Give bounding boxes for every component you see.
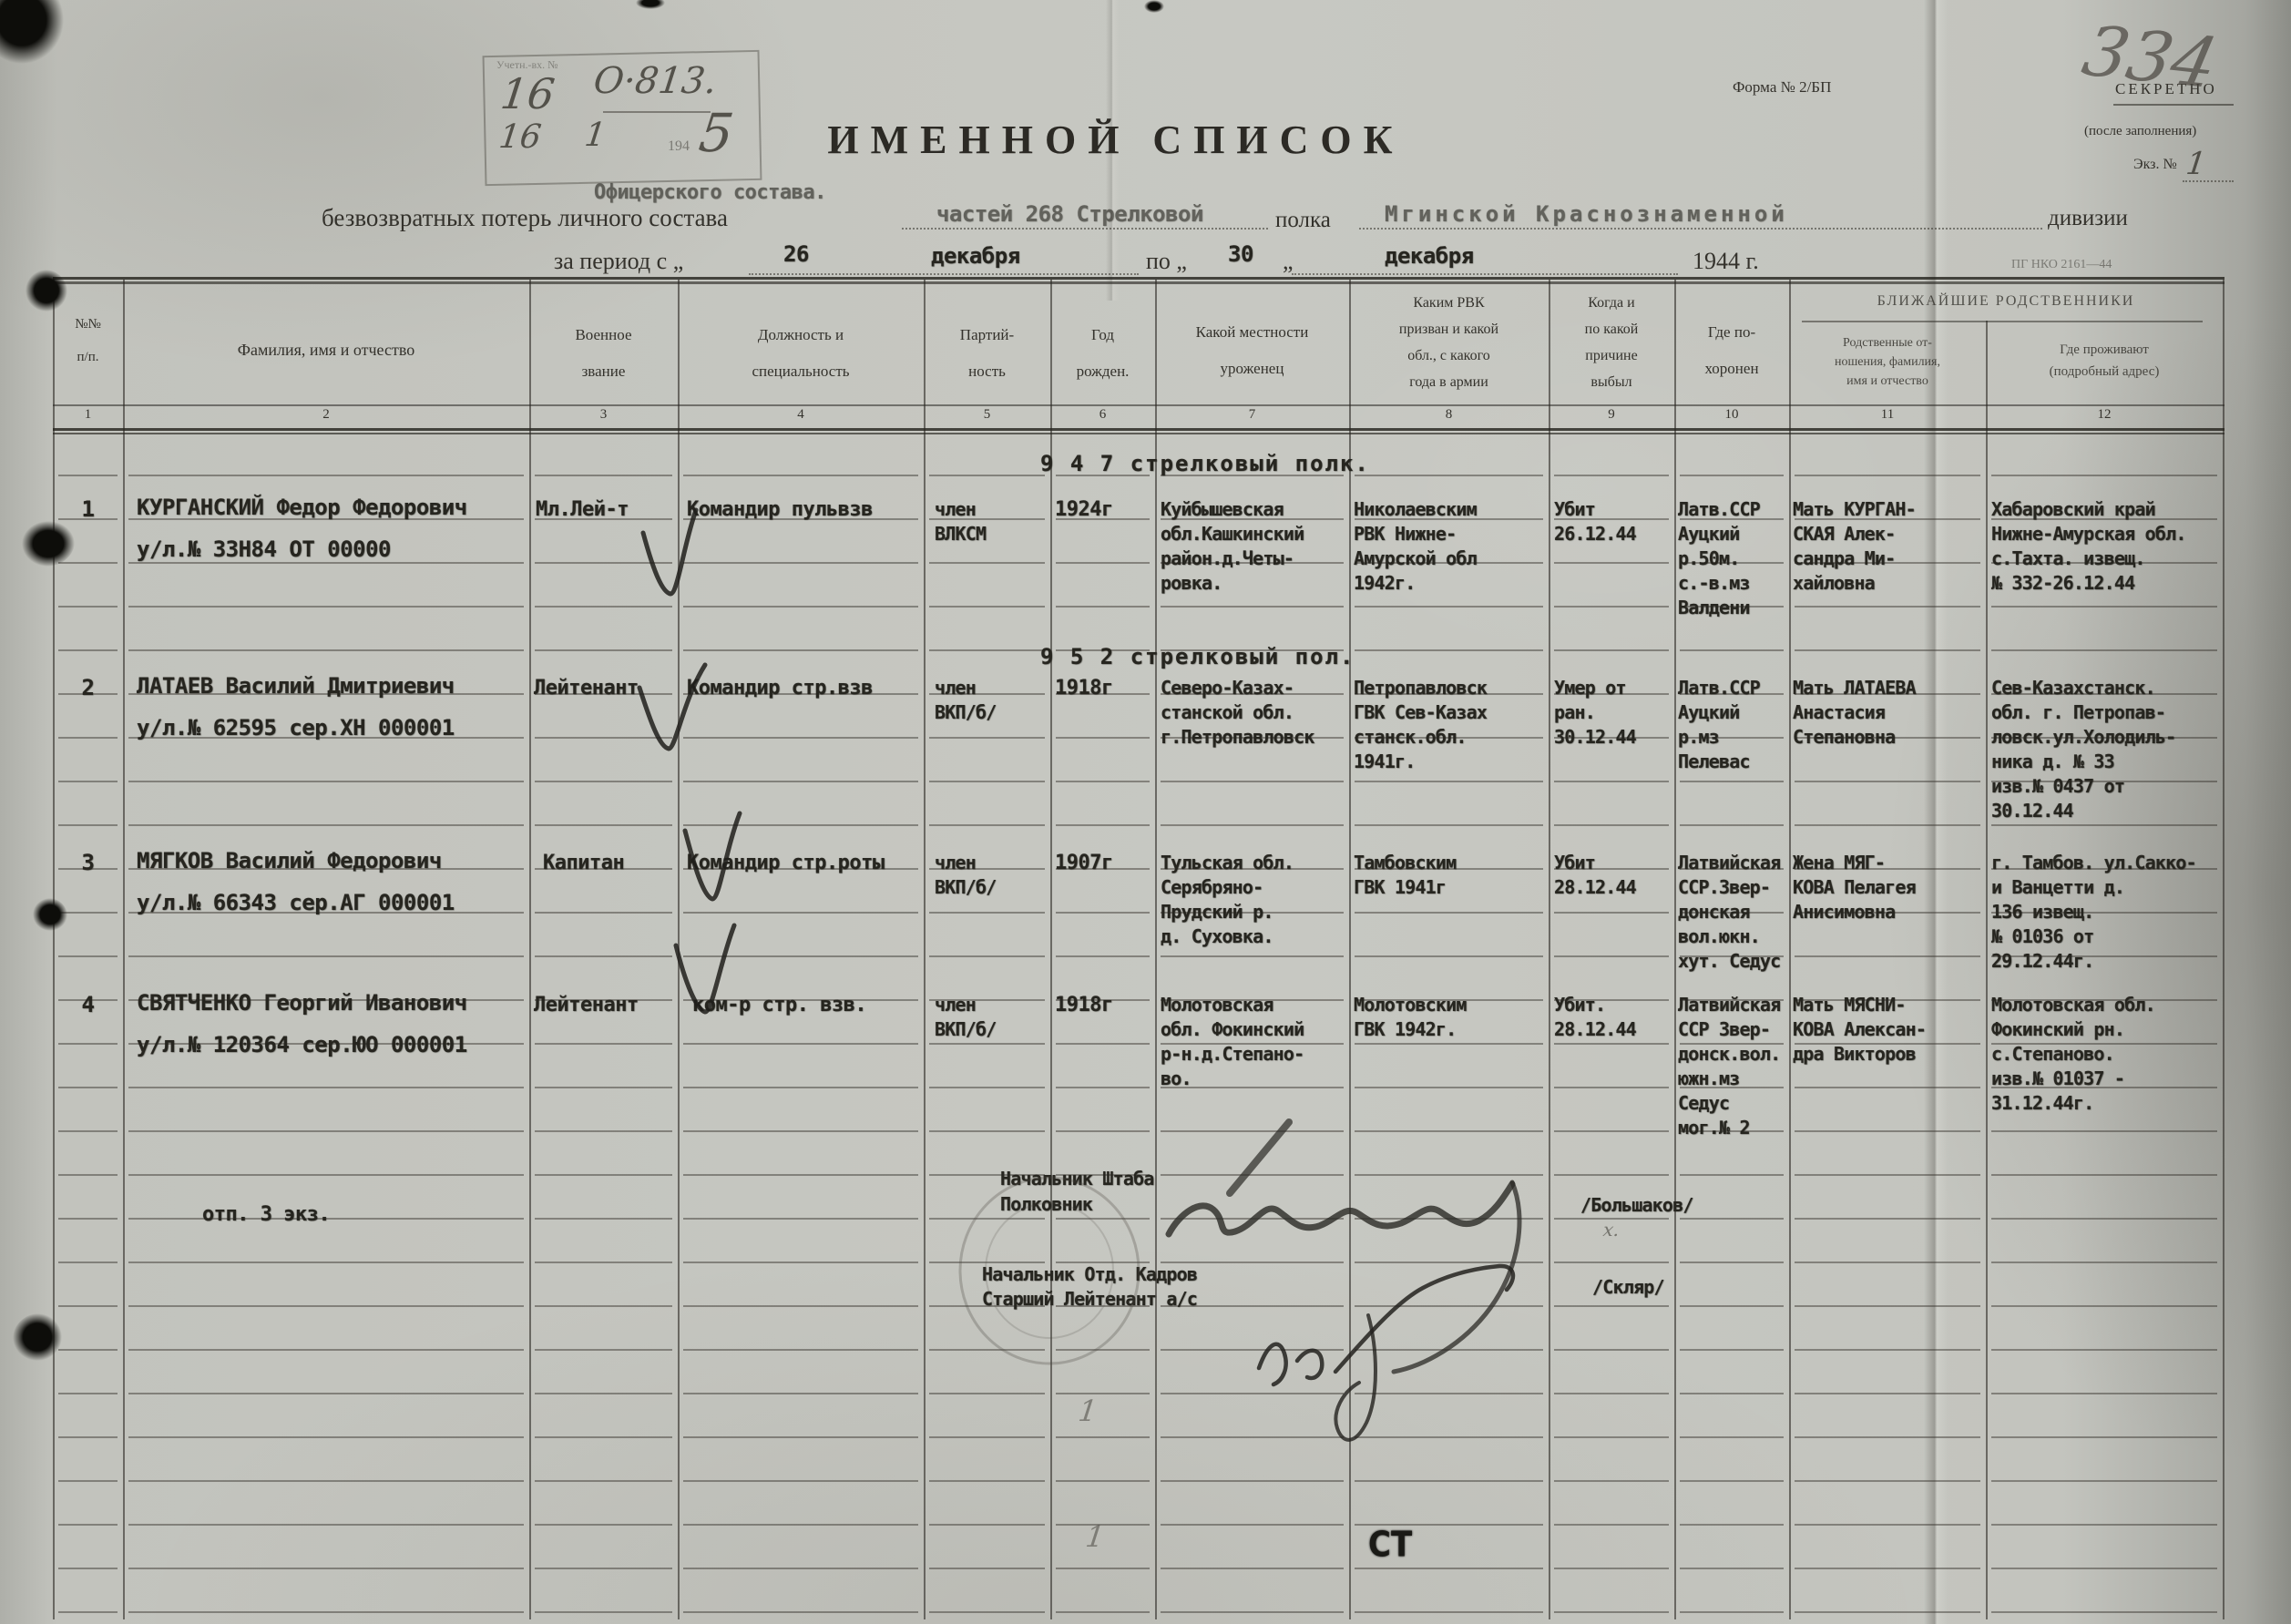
- signature2-stroke: [1259, 1344, 1286, 1384]
- signature2-stroke: [1297, 1351, 1322, 1378]
- round-stamp-inner: [986, 1203, 1113, 1338]
- signature1-diagonal: [1230, 1122, 1289, 1193]
- paper-hole: [33, 898, 67, 931]
- paper-hole: [13, 1313, 62, 1361]
- checkmark: [643, 510, 696, 594]
- checkmark: [639, 665, 705, 749]
- checkmark: [676, 925, 734, 1012]
- paper-speck: [1144, 0, 1164, 13]
- paper-hole: [26, 270, 67, 312]
- paper-hole: [0, 0, 64, 64]
- round-stamp-outline: [960, 1178, 1139, 1364]
- signature2-stroke: [1335, 1266, 1513, 1372]
- signature1-stroke: [1169, 1184, 1512, 1234]
- signature1-flourish: [1394, 1182, 1519, 1372]
- checkmark: [685, 813, 740, 899]
- scanned-document-page: Учетн.-вх. № 16 О·813. 16 1 194 5 Форма …: [0, 0, 2291, 1624]
- ink-overlay: [0, 0, 2291, 1624]
